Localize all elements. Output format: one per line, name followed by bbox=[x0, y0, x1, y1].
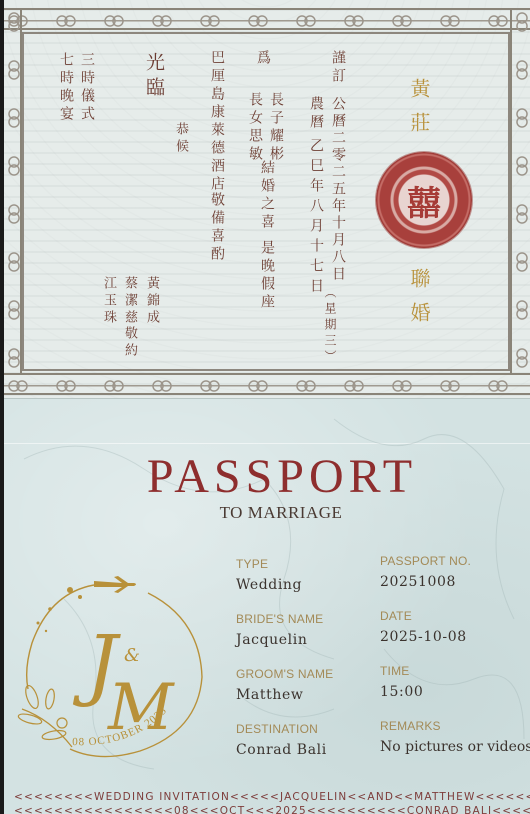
knot-border-top bbox=[4, 8, 530, 30]
wedding-phrase: 結婚之喜 bbox=[260, 160, 274, 232]
knot-border-right bbox=[510, 8, 530, 373]
groom-line: 長子耀彬 bbox=[269, 92, 283, 164]
double-happiness-seal: 囍 bbox=[376, 152, 472, 248]
field-label: DATE bbox=[380, 609, 467, 623]
svg-text:&: & bbox=[124, 645, 140, 666]
family-names: 黃莊 bbox=[409, 78, 429, 146]
field-label: DESTINATION bbox=[236, 722, 327, 736]
field-label: BRIDE'S NAME bbox=[236, 612, 323, 626]
field-value: Wedding bbox=[236, 577, 302, 593]
knot-border-left bbox=[4, 8, 22, 373]
dinner-time: 七時晚宴 bbox=[59, 52, 73, 124]
date-solar: 公曆二零二五年十月八日 bbox=[331, 96, 345, 283]
host-1: 黃錦成 bbox=[145, 276, 158, 327]
passport-subtitle: TO MARRIAGE bbox=[4, 503, 530, 523]
knot-border-bottom bbox=[4, 373, 530, 395]
field-label: GROOM'S NAME bbox=[236, 667, 333, 681]
union-text: 聯婚 bbox=[409, 268, 429, 336]
field-value: 15:00 bbox=[380, 684, 423, 700]
await-phrase: 恭候 bbox=[174, 122, 187, 156]
banquet-phrase: 是晚假座 bbox=[260, 240, 274, 312]
field-destination: DESTINATION Conrad Bali bbox=[236, 722, 327, 758]
field-bride-name: BRIDE'S NAME Jacquelin bbox=[236, 612, 323, 648]
prepared-phrase: 敬備喜酌 bbox=[210, 192, 224, 264]
field-remarks: REMARKS No pictures or videos bbox=[380, 719, 530, 755]
host-2: 蔡潔慈 bbox=[123, 276, 136, 327]
bride-line: 長女思敏 bbox=[248, 92, 262, 164]
host-3: 江玉珠 bbox=[102, 276, 115, 327]
passport-page: PASSPORT TO MARRIAGE J & M bbox=[4, 398, 530, 814]
field-value: Conrad Bali bbox=[236, 742, 327, 758]
field-value: Matthew bbox=[236, 687, 303, 703]
invitation-photo: 黃莊 囍 聯婚 謹訂 公曆二零二五年十月八日 農曆 乙巳年八月十七日 （星期三）… bbox=[0, 0, 530, 814]
chinese-invitation-card: 黃莊 囍 聯婚 謹訂 公曆二零二五年十月八日 農曆 乙巳年八月十七日 （星期三）… bbox=[4, 0, 530, 398]
field-groom-name: GROOM'S NAME Matthew bbox=[236, 667, 333, 703]
invite-phrase: 敬約 bbox=[123, 326, 136, 360]
field-value: Jacquelin bbox=[236, 632, 307, 648]
field-value: 2025-10-08 bbox=[380, 629, 467, 645]
date-lunar-label: 農曆 bbox=[309, 96, 323, 132]
field-date: DATE 2025-10-08 bbox=[380, 609, 467, 645]
field-value: 20251008 bbox=[380, 574, 456, 590]
field-label: REMARKS bbox=[380, 719, 530, 733]
field-label: PASSPORT NO. bbox=[380, 554, 471, 568]
mrz-line-1: <<<<<<<<WEDDING INVITATION<<<<<JACQUELIN… bbox=[14, 791, 530, 803]
ceremony-time: 三時儀式 bbox=[80, 52, 94, 124]
airplane-icon bbox=[94, 576, 136, 593]
double-happiness-icon: 囍 bbox=[376, 152, 472, 248]
field-type: TYPE Wedding bbox=[236, 557, 302, 593]
occasion-heading: 爲 bbox=[256, 50, 270, 68]
passport-title: PASSPORT bbox=[4, 449, 530, 504]
field-label: TIME bbox=[380, 664, 423, 678]
weekday: （星期三） bbox=[324, 286, 336, 366]
date-solar-label: 謹訂 bbox=[331, 50, 345, 86]
field-time: TIME 15:00 bbox=[380, 664, 423, 700]
venue: 巴厘島康萊德酒店 bbox=[210, 50, 224, 194]
leaf-branch-icon bbox=[17, 684, 72, 747]
monogram-emblem: J & M 08 OCTOBER 2025 bbox=[10, 559, 210, 759]
presence-phrase: 光臨 bbox=[144, 52, 163, 102]
field-label: TYPE bbox=[236, 557, 302, 571]
date-lunar: 乙巳年八月十七日 bbox=[309, 138, 323, 298]
field-passport-no: PASSPORT NO. 20251008 bbox=[380, 554, 471, 590]
mrz-line-2: <<<<<<<<<<<<<<<<08<<<OCT<<<2025<<<<<<<<<… bbox=[14, 805, 530, 814]
field-value: No pictures or videos bbox=[380, 739, 530, 755]
